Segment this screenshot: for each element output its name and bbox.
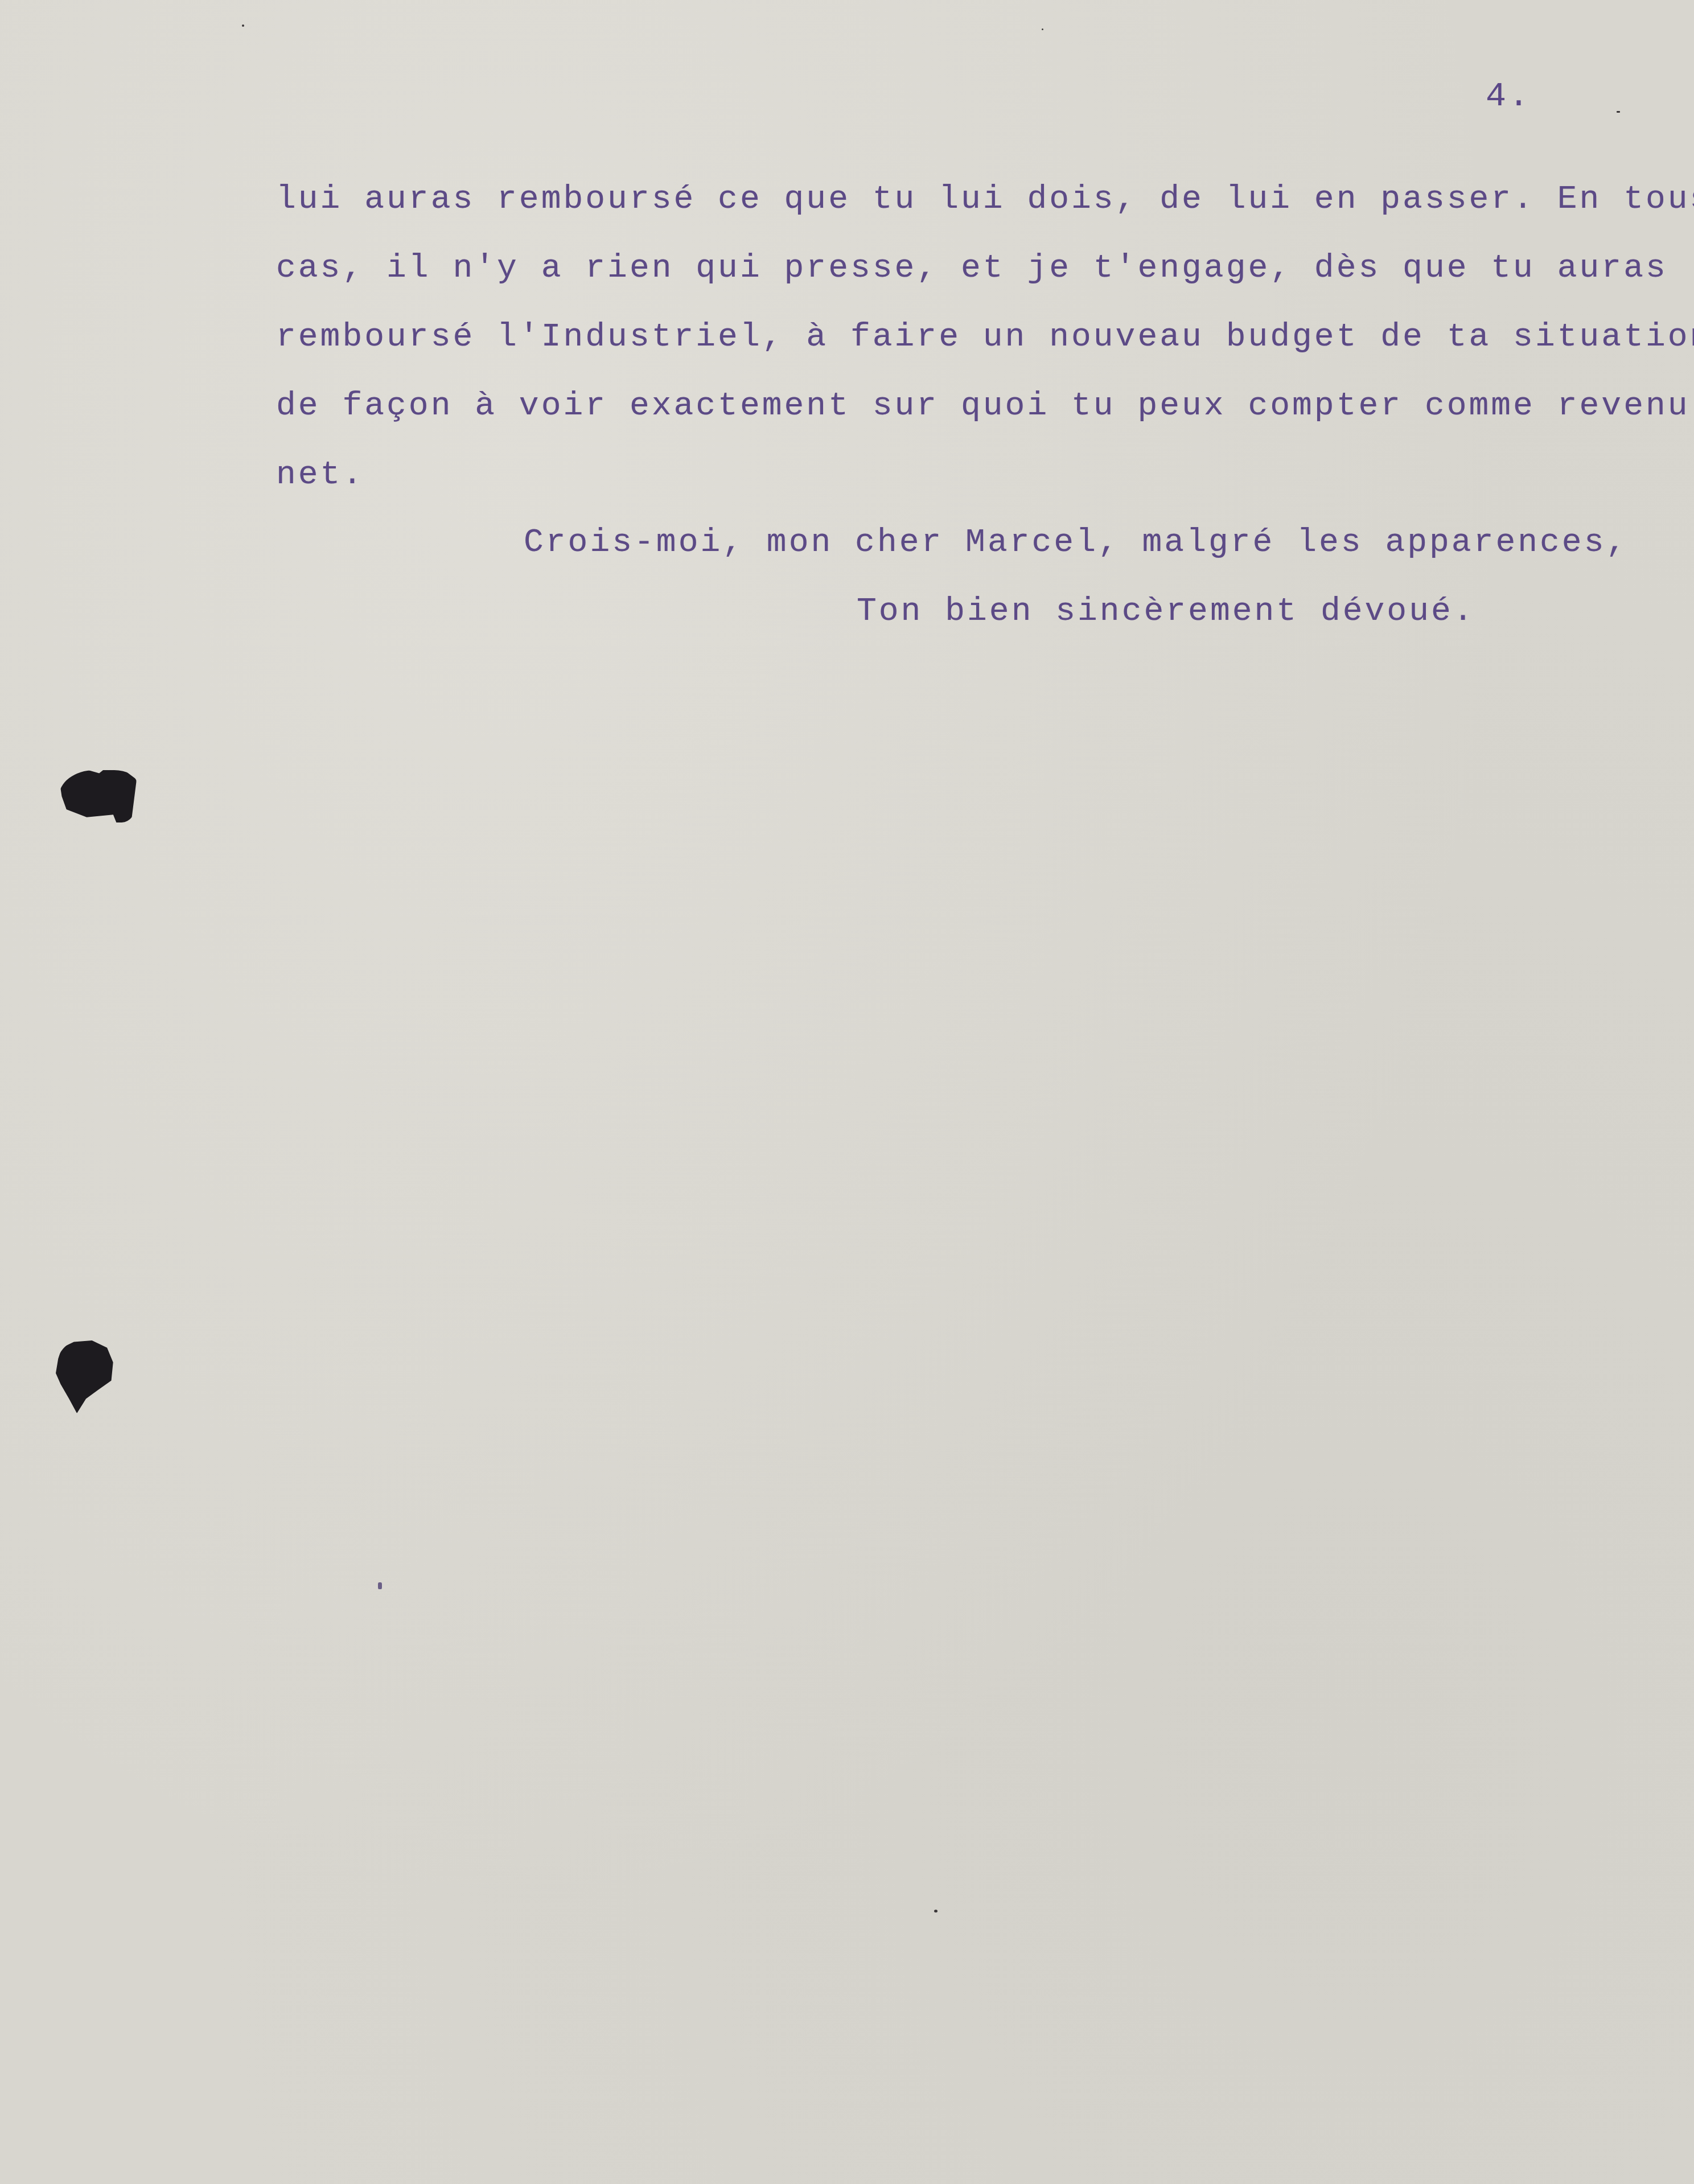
paper-speck: [378, 1582, 382, 1589]
signoff: Ton bien sincèrement dévoué.: [857, 595, 1475, 628]
body-line: lui auras remboursé ce que tu lui dois, …: [276, 183, 1694, 216]
body-line: cas, il n'y a rien qui presse, et je t'e…: [276, 252, 1668, 285]
paper-speck: [1042, 28, 1043, 30]
paper-speck: [242, 24, 244, 27]
closing-salutation: Crois-moi, mon cher Marcel, malgré les a…: [524, 527, 1628, 560]
letter-page: 4. lui auras remboursé ce que tu lui doi…: [0, 0, 1694, 2184]
paper-speck: [934, 1910, 938, 1912]
body-line: net.: [276, 459, 364, 492]
punch-hole-top: [59, 770, 137, 822]
page-number: 4.: [1486, 80, 1531, 114]
body-line: remboursé l'Industriel, à faire un nouve…: [276, 321, 1694, 354]
punch-hole-bottom: [56, 1340, 116, 1413]
body-line: de façon à voir exactement sur quoi tu p…: [276, 390, 1690, 423]
paper-speck: [1617, 111, 1620, 113]
